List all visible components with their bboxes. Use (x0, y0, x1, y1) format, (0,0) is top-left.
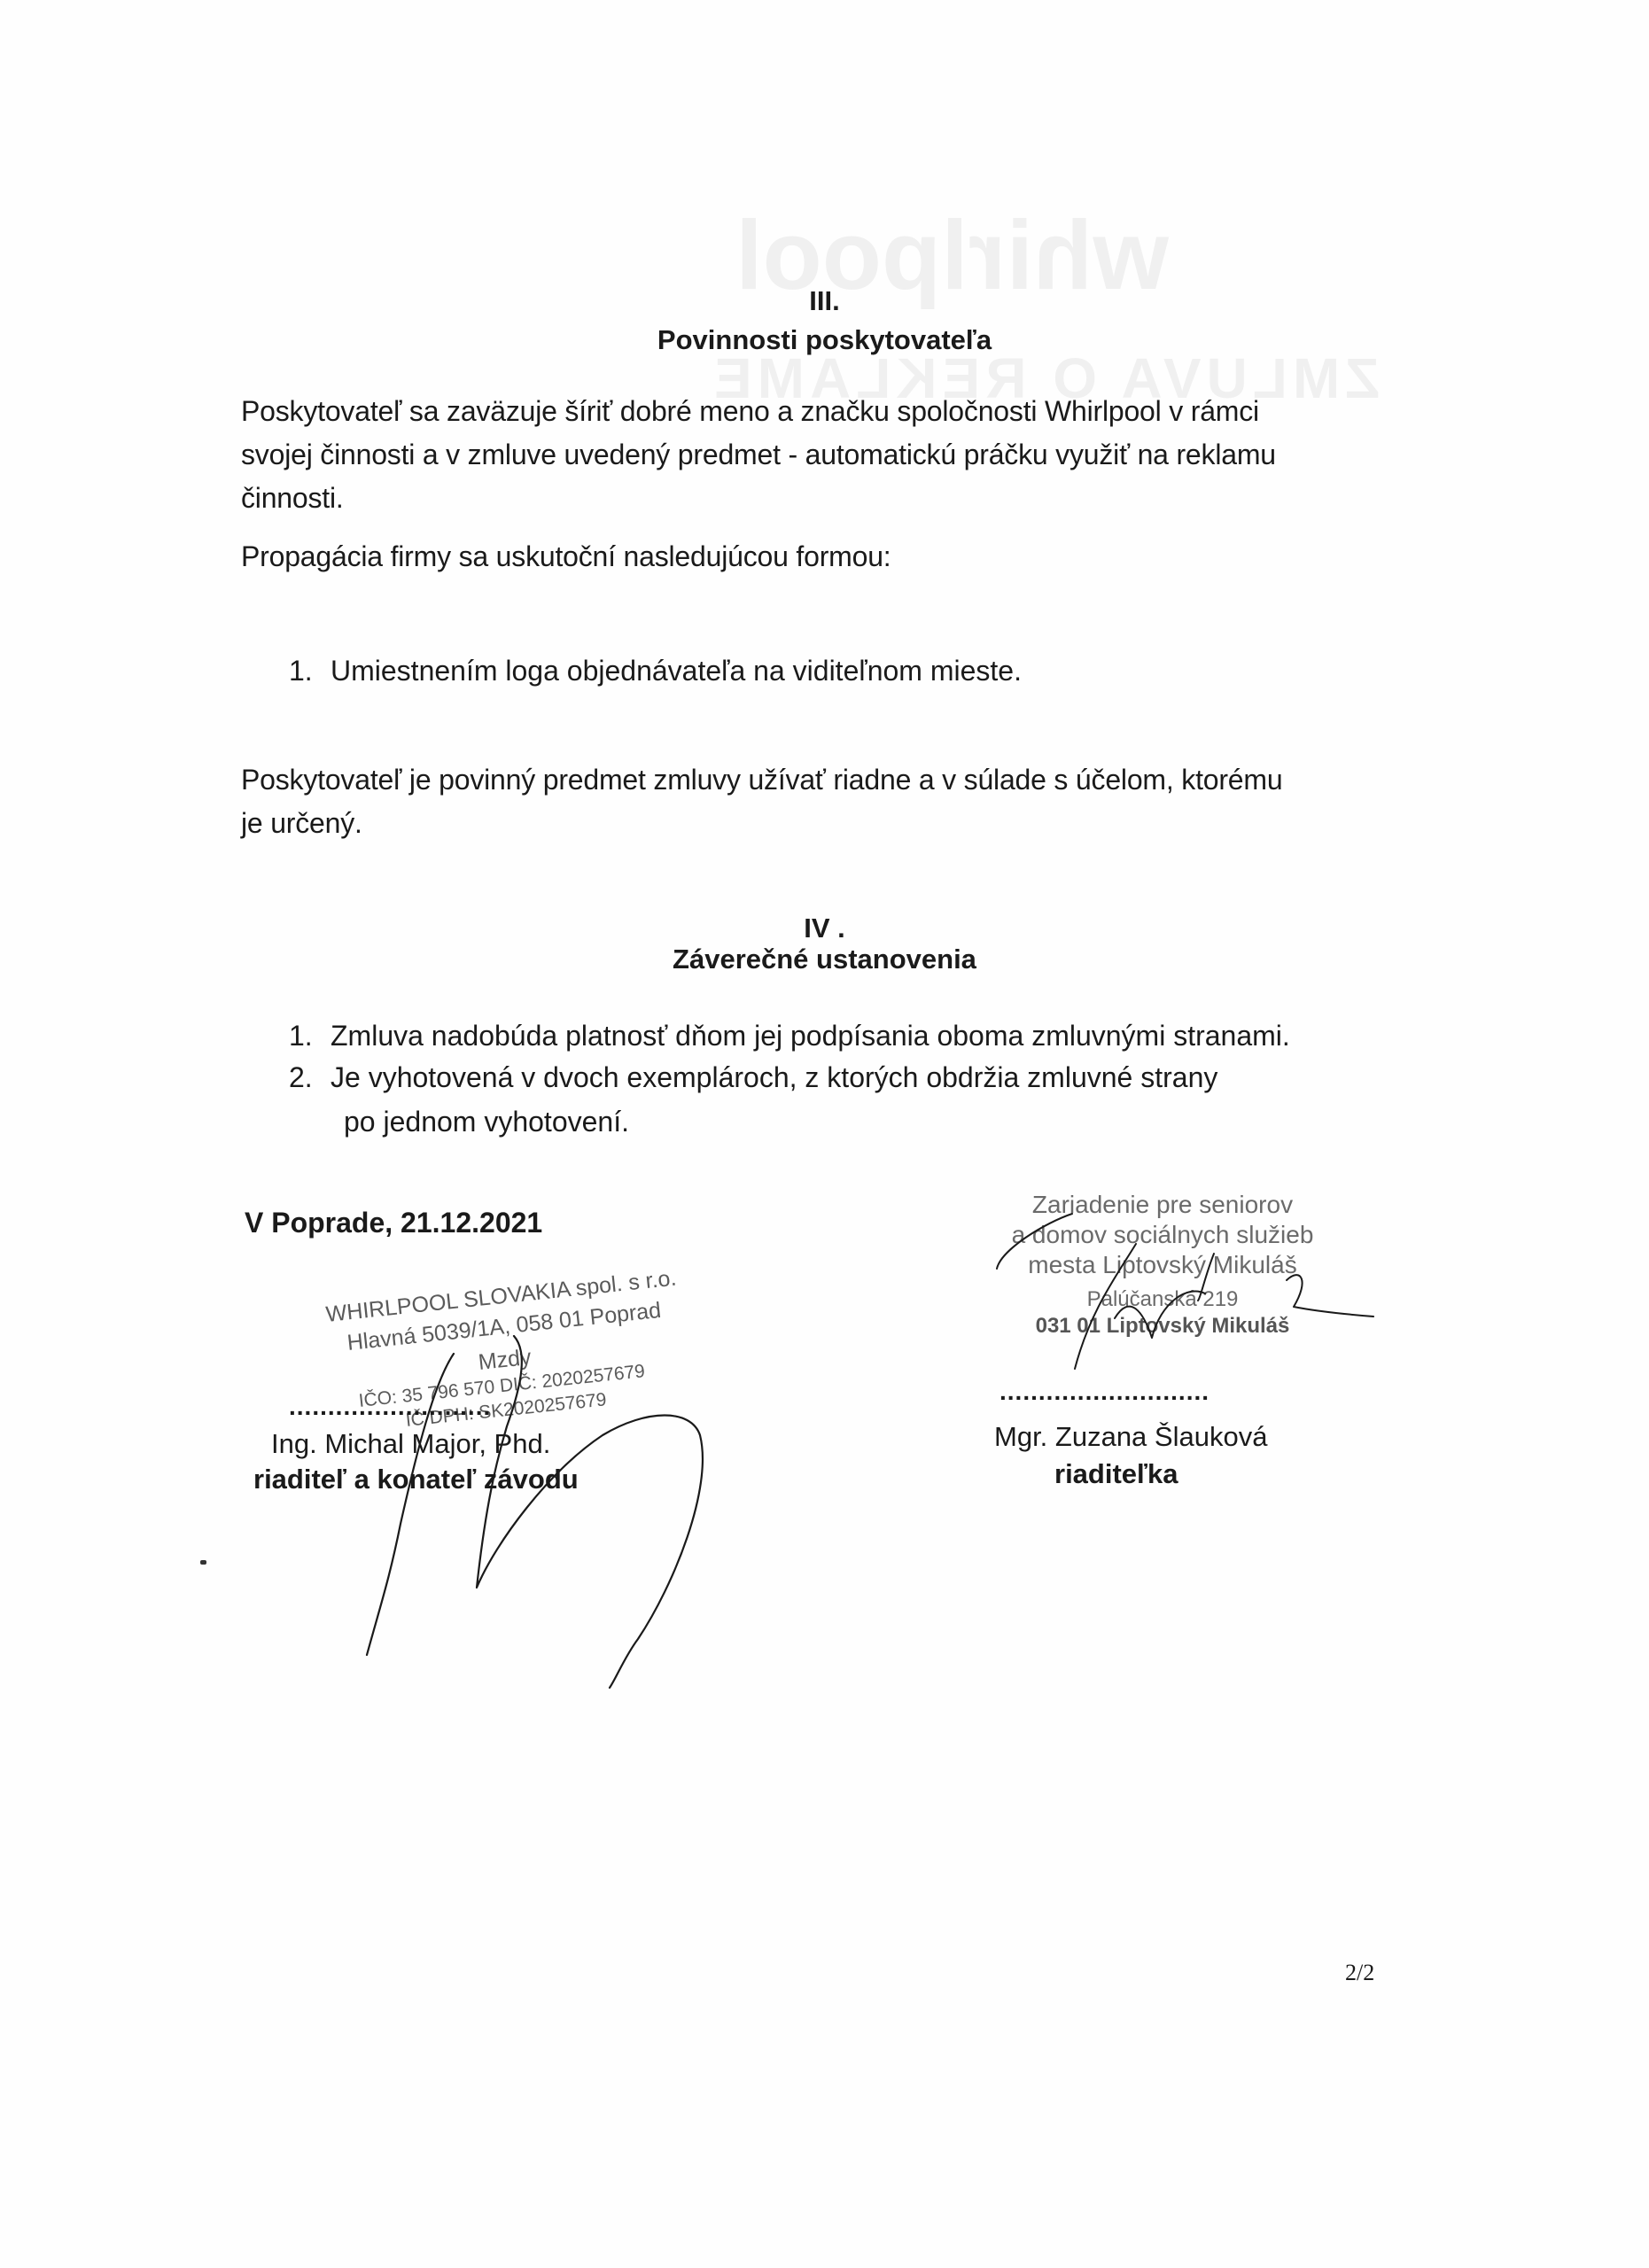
page-number: 2/2 (1345, 1960, 1374, 1986)
signature-line-left: .......................... (289, 1393, 491, 1421)
stamp-right-line: 031 01 Liptovský Mikuláš (976, 1311, 1349, 1341)
list-number: 1. (289, 649, 331, 693)
section-iv-list-item: 1.Zmluva nadobúda platnosť dňom jej podp… (289, 1014, 1290, 1058)
stamp-left-line: Mzdy (477, 1345, 532, 1376)
stamp-right-line: Palúčanská 219 (976, 1285, 1349, 1315)
text-line: Poskytovateľ je povinný predmet zmluvy u… (241, 758, 1393, 802)
text-line: je určený. (241, 802, 1393, 845)
stamp-right-line: mesta Liptovský Mikuláš (976, 1250, 1349, 1280)
section-iii-number: III. (0, 285, 1649, 317)
signatory-left-role: riaditeľ a konateľ závodu (253, 1464, 579, 1495)
stamp-right-line: a domov sociálnych služieb (976, 1220, 1349, 1250)
section-iii-paragraph-3: Poskytovateľ je povinný predmet zmluvy u… (241, 758, 1393, 845)
section-iii-paragraph-2: Propagácia firmy sa uskutoční nasledujúc… (241, 535, 1393, 579)
place-date: V Poprade, 21.12.2021 (245, 1207, 542, 1239)
text-line: Poskytovateľ sa zaväzuje šíriť dobré men… (241, 390, 1393, 433)
section-iv-list-continuation: po jednom vyhotovení. (344, 1100, 629, 1144)
signatory-right-name: Mgr. Zuzana Šlauková (994, 1421, 1267, 1453)
list-text: Zmluva nadobúda platnosť dňom jej podpís… (331, 1020, 1290, 1052)
list-number: 2. (289, 1056, 331, 1099)
list-number: 1. (289, 1014, 331, 1058)
section-iii-title: Povinnosti poskytovateľa (0, 324, 1649, 356)
text-line: svojej činnosti a v zmluve uvedený predm… (241, 433, 1393, 477)
section-iii-paragraph-1: Poskytovateľ sa zaväzuje šíriť dobré men… (241, 390, 1393, 520)
signatory-right-role: riaditeľka (1054, 1458, 1178, 1490)
list-text: Umiestnením loga objednávateľa na vidite… (331, 655, 1022, 687)
section-iii-list-item: 1.Umiestnením loga objednávateľa na vidi… (289, 649, 1022, 693)
signatory-left-name: Ing. Michal Major, Phd. (271, 1428, 550, 1460)
scan-speck (200, 1560, 206, 1565)
stamp-right-line: Zariadenie pre seniorov (976, 1190, 1349, 1220)
section-iv-number: IV . (0, 913, 1649, 944)
section-iv-list-item: 2.Je vyhotovená v dvoch exemplároch, z k… (289, 1056, 1217, 1099)
section-iv-title: Záverečné ustanovenia (0, 944, 1649, 975)
list-text: Je vyhotovená v dvoch exemplároch, z kto… (331, 1061, 1217, 1093)
document-page: whirlpool ZMLUVA O REKLAME III. Povinnos… (0, 0, 1649, 2268)
signature-line-right: ........................... (1000, 1378, 1210, 1406)
text-line: činnosti. (241, 477, 1393, 520)
